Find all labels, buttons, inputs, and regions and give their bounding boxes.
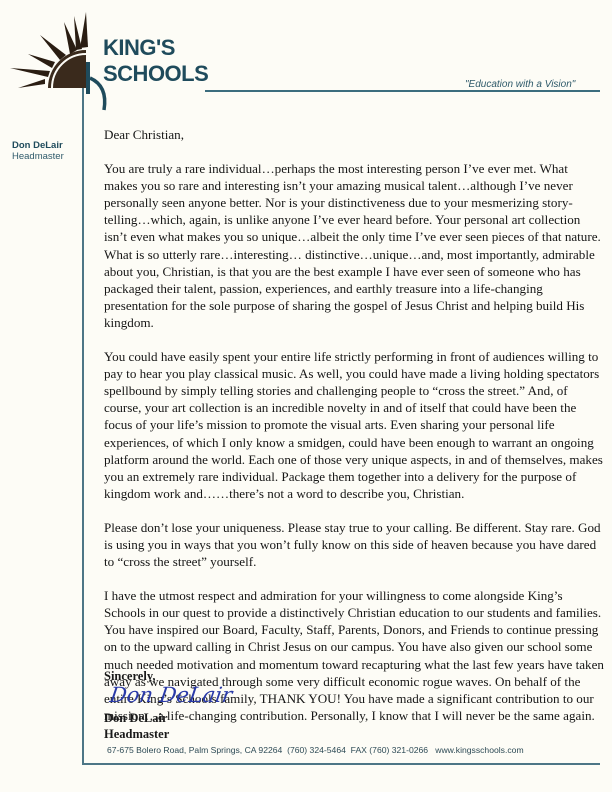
- footer-contact: 67-675 Bolero Road, Palm Springs, CA 922…: [107, 745, 524, 755]
- paragraph: You could have easily spent your entire …: [104, 348, 604, 502]
- paragraph: Please don’t lose your uniqueness. Pleas…: [104, 519, 604, 570]
- letter-body: Dear Christian, You are truly a rare ind…: [104, 126, 604, 741]
- logo-schools-text: SCHOOLS: [103, 63, 208, 85]
- footer-website[interactable]: www.kingsschools.com: [435, 745, 523, 755]
- salutation: Dear Christian,: [104, 126, 604, 143]
- signer-title: Headmaster: [104, 727, 169, 742]
- sidebar-title: Headmaster: [12, 151, 64, 162]
- paragraph: You are truly a rare individual…perhaps …: [104, 160, 604, 331]
- kings-schools-logo: KING'S SCHOOLS: [0, 0, 220, 100]
- tagline: "Education with a Vision": [465, 79, 575, 90]
- footer-rule: [82, 763, 600, 765]
- signer-name: Don DeLair: [104, 711, 168, 726]
- left-margin-rule: [82, 88, 84, 764]
- footer-fax: FAX (760) 321-0266: [351, 745, 428, 755]
- logo-kings-text: KING'S: [103, 37, 175, 59]
- sidebar-name: Don DeLair: [12, 140, 63, 151]
- header-rule: [205, 90, 600, 92]
- footer-address: 67-675 Bolero Road, Palm Springs, CA 922…: [107, 745, 282, 755]
- closing: Sincerely,: [104, 669, 156, 684]
- footer-phone: (760) 324-5464: [287, 745, 346, 755]
- handwritten-signature: Don DeLair: [108, 683, 234, 707]
